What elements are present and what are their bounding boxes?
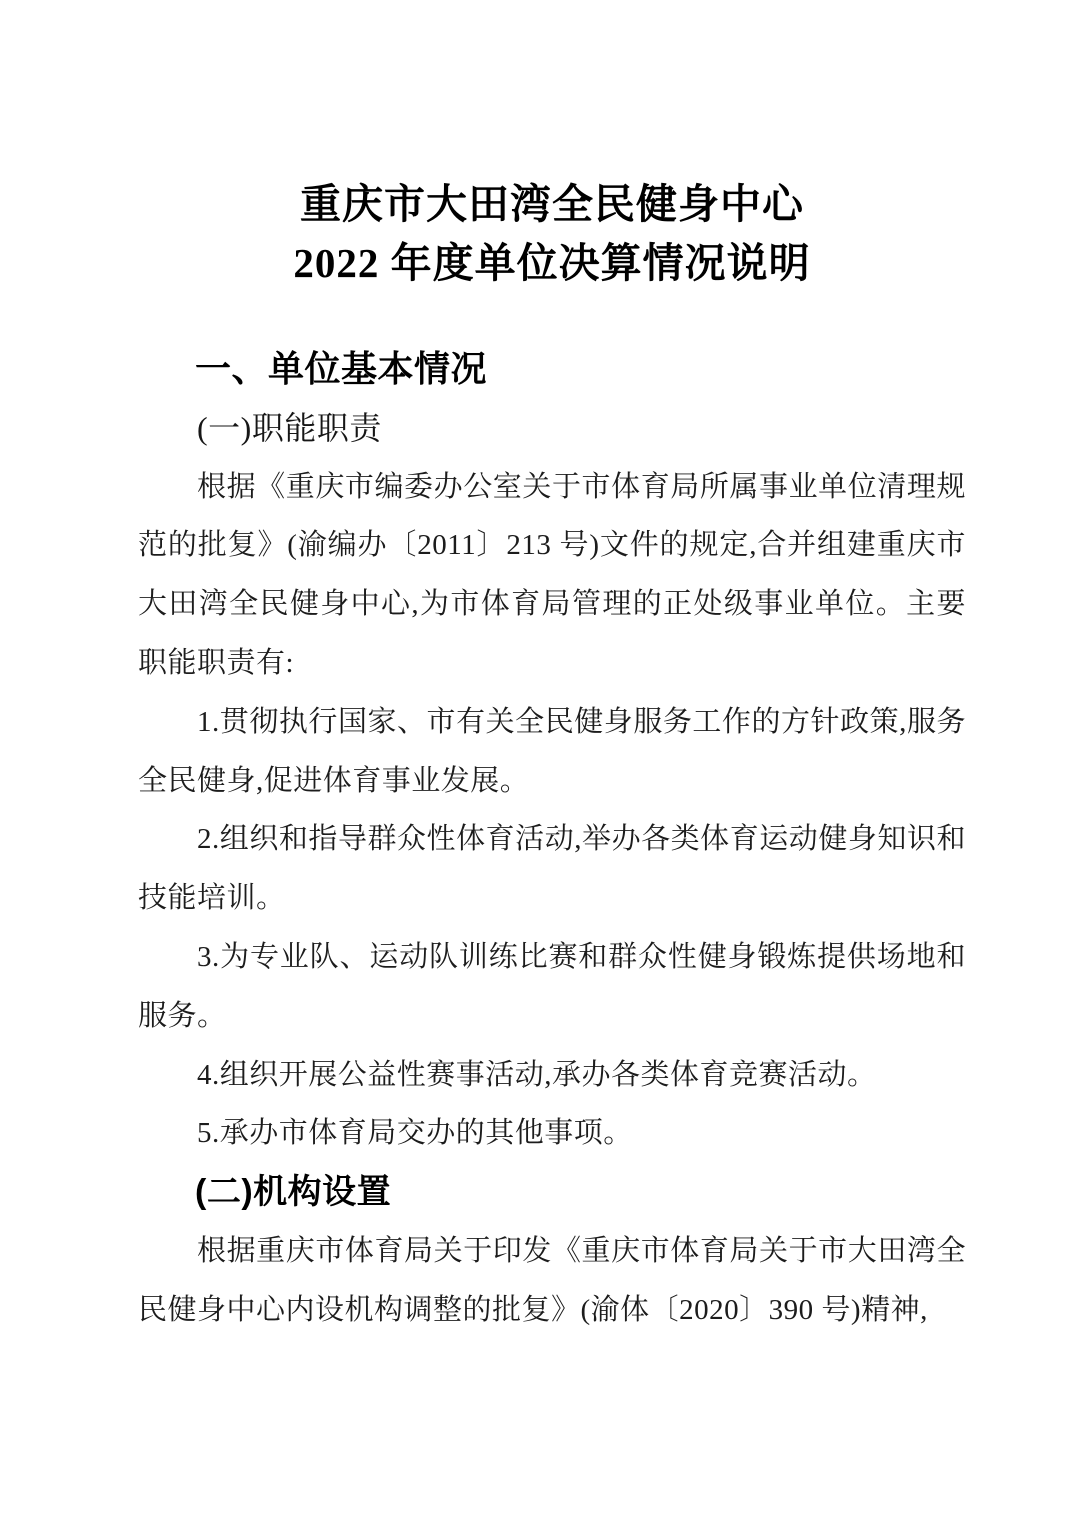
document-title: 重庆市大田湾全民健身中心 2022 年度单位决算情况说明 — [138, 175, 966, 293]
document-title-line-2: 2022 年度单位决算情况说明 — [138, 234, 966, 293]
document-content: 重庆市大田湾全民健身中心 2022 年度单位决算情况说明 一、单位基本情况 (一… — [138, 0, 966, 1340]
document-page: 重庆市大田湾全民健身中心 2022 年度单位决算情况说明 一、单位基本情况 (一… — [0, 0, 1075, 1521]
section-heading-basic-info: 一、单位基本情况 — [138, 340, 966, 399]
paragraph-organization-intro: 根据重庆市体育局关于印发《重庆市体育局关于市大田湾全民健身中心内设机构调整的批复… — [138, 1222, 966, 1340]
subsection-heading-duties: (一)职能职责 — [138, 399, 966, 458]
paragraph-duty-5: 5.承办市体育局交办的其他事项。 — [138, 1104, 966, 1163]
paragraph-duty-1: 1.贯彻执行国家、市有关全民健身服务工作的方针政策,服务全民健身,促进体育事业发… — [138, 693, 966, 811]
subsection-heading-organization: (二)机构设置 — [138, 1163, 966, 1222]
paragraph-duty-4: 4.组织开展公益性赛事活动,承办各类体育竞赛活动。 — [138, 1046, 966, 1105]
document-title-line-1: 重庆市大田湾全民健身中心 — [138, 175, 966, 234]
paragraph-duty-2: 2.组织和指导群众性体育活动,举办各类体育运动健身知识和技能培训。 — [138, 810, 966, 928]
document-body: 一、单位基本情况 (一)职能职责 根据《重庆市编委办公室关于市体育局所属事业单位… — [138, 340, 966, 1340]
paragraph-duties-intro: 根据《重庆市编委办公室关于市体育局所属事业单位清理规范的批复》(渝编办〔2011… — [138, 458, 966, 693]
paragraph-duty-3: 3.为专业队、运动队训练比赛和群众性健身锻炼提供场地和服务。 — [138, 928, 966, 1046]
